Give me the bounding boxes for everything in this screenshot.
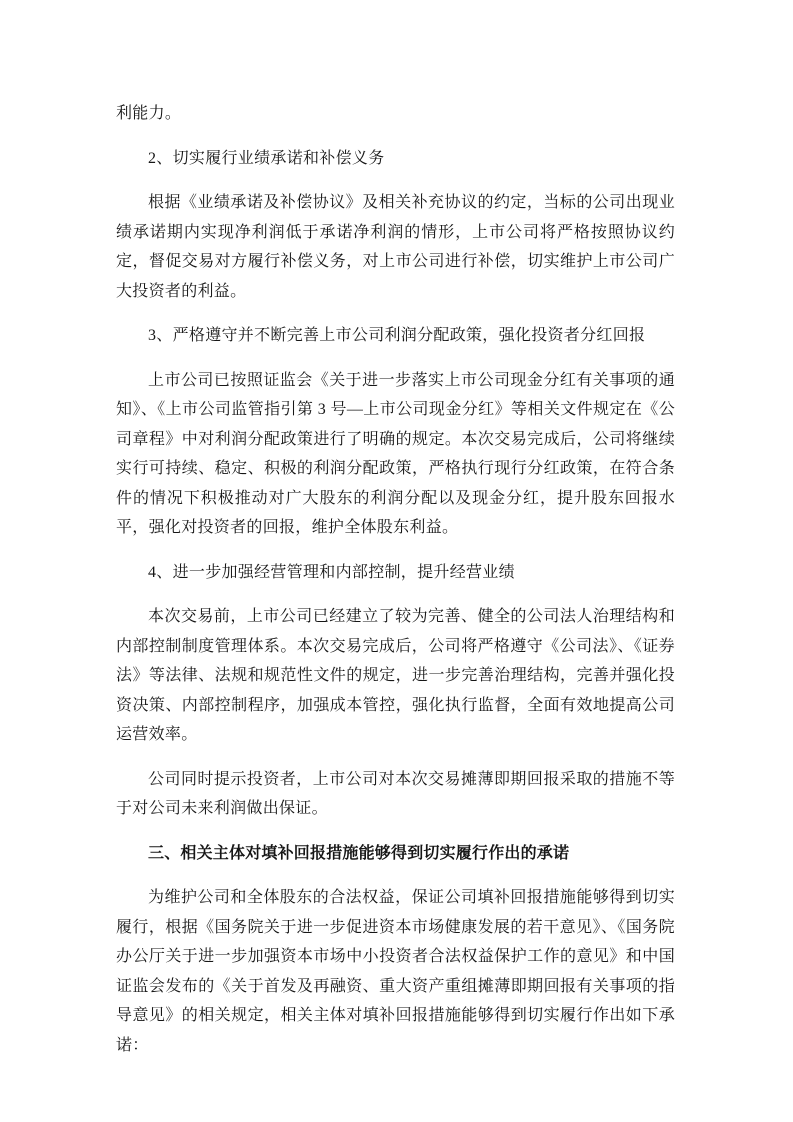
subheading-item-4: 4、进一步加强经营管理和内部控制，提升经营业绩 [116, 558, 675, 588]
subheading-item-2: 2、切实履行业绩承诺和补偿义务 [116, 144, 675, 174]
paragraph-investor-notice: 公司同时提示投资者，上市公司对本次交易摊薄即期回报采取的措施不等于对公司未来利润… [116, 765, 675, 824]
paragraph-internal-control: 本次交易前，上市公司已经建立了较为完善、健全的公司法人治理结构和内部控制制度管理… [116, 602, 675, 750]
document-page: 利能力。 2、切实履行业绩承诺和补偿义务 根据《业绩承诺及补偿协议》及相关补充协… [0, 0, 793, 1122]
subheading-item-3: 3、严格遵守并不断完善上市公司利润分配政策，强化投资者分红回报 [116, 321, 675, 351]
paragraph-commitment-basis: 为维护公司和全体股东的合法权益，保证公司填补回报措施能够得到切实履行，根据《国务… [116, 883, 675, 1060]
paragraph-continued: 利能力。 [116, 99, 675, 129]
paragraph-performance-compensation: 根据《业绩承诺及补偿协议》及相关补充协议的约定，当标的公司出现业绩承诺期内实现净… [116, 188, 675, 306]
section-heading-three: 三、相关主体对填补回报措施能够得到切实履行作出的承诺 [116, 839, 675, 869]
paragraph-dividend-policy: 上市公司已按照证监会《关于进一步落实上市公司现金分红有关事项的通知》、《上市公司… [116, 366, 675, 543]
